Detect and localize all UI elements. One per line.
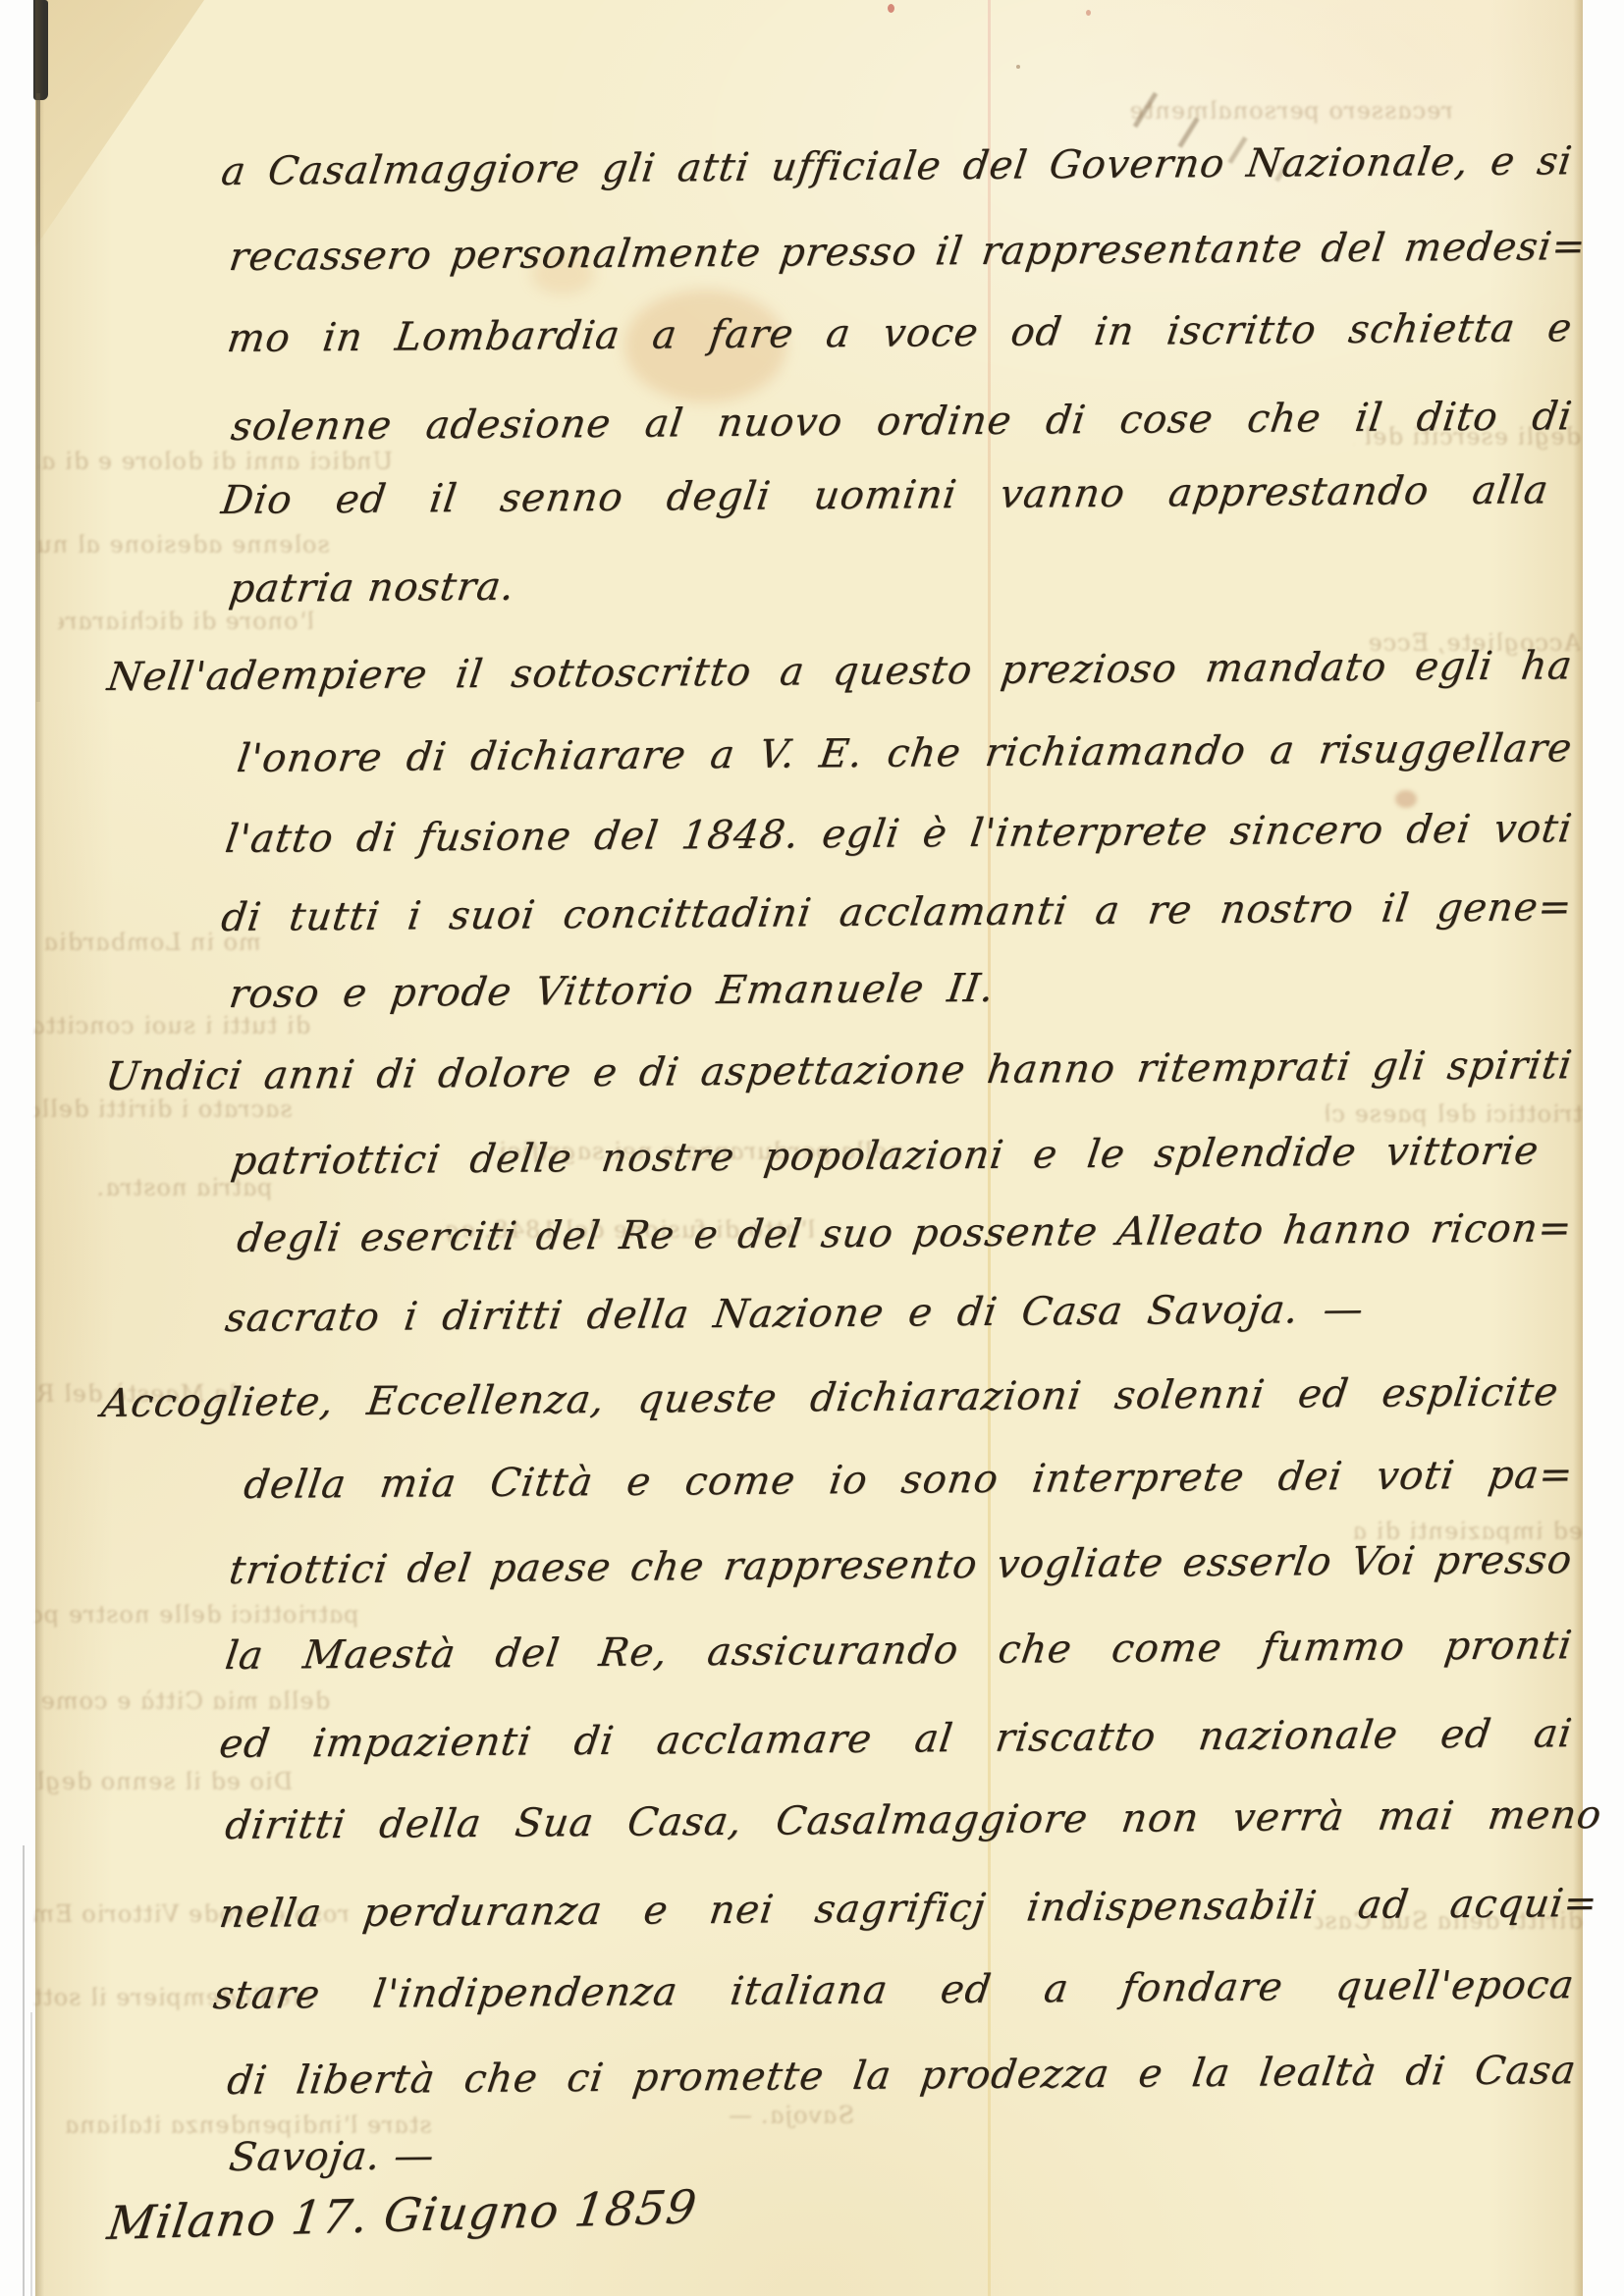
manuscript-line: diritti della Sua Casa, Casalmaggiore no…	[222, 1788, 1605, 1853]
manuscript-line: mo in Lombardia a fare a voce od in iscr…	[224, 300, 1576, 366]
manuscript-line: a Casalmaggiore gli atti ufficiale del G…	[218, 133, 1576, 199]
manuscript-line: patria nostra.	[226, 560, 518, 616]
manuscript-line: l'onore di dichiarare a V. E. che richia…	[234, 721, 1576, 786]
dateline: Milano 17. Giugno 1859	[104, 2180, 700, 2252]
manuscript-text-layer: a Casalmaggiore gli atti ufficiale del G…	[35, 0, 1583, 2296]
manuscript-line: Nell'adempiere il sottoscritto a questo …	[104, 638, 1576, 705]
manuscript-line: triottici del paese che rappresento vogl…	[226, 1532, 1576, 1598]
manuscript-line: solenne adesione al nuovo ordine di cose…	[228, 389, 1576, 454]
manuscript-line: la Maestà del Re, assicurando che come f…	[222, 1618, 1576, 1683]
scan-background: Undici anni di dolore e di aspettazione …	[0, 0, 1624, 2296]
manuscript-line: patriottici delle nostre popolazioni e l…	[228, 1124, 1543, 1189]
manuscript-line: Undici anni di dolore e di aspettazione …	[102, 1038, 1576, 1104]
manuscript-line: Savoja. —	[226, 2128, 438, 2185]
manuscript-line: roso e prode Vittorio Emanuele II.	[226, 961, 998, 1022]
manuscript-line: della mia Città e come io sono interpret…	[241, 1447, 1577, 1513]
manuscript-line: l'atto di fusione del 1848. egli è l'int…	[222, 801, 1576, 867]
manuscript-line: sacrato i diritti della Nazione e di Cas…	[222, 1282, 1368, 1346]
manuscript-line: ed impazienti di acclamare al riscatto n…	[216, 1706, 1576, 1772]
paper-sheet: Undici anni di dolore e di aspettazione …	[35, 0, 1583, 2296]
manuscript-line: stare l'indipendenza italiana ed a fonda…	[210, 1957, 1578, 2023]
manuscript-line: Accogliete, Eccellenza, queste dichiaraz…	[98, 1364, 1562, 1431]
manuscript-line: degli eserciti del Re e del suo possente…	[234, 1201, 1576, 1266]
manuscript-line: di libertà che ci promette la prodezza e…	[224, 2043, 1580, 2109]
manuscript-line: nella perduranza e nei sagrificj indispe…	[216, 1876, 1601, 1942]
manuscript-line: di tutti i suoi concittadini acclamanti …	[218, 880, 1576, 945]
manuscript-line: Dio ed il senno degli uomini vanno appre…	[218, 462, 1552, 528]
scan-edge-line	[23, 1845, 25, 2296]
scan-edge-line	[30, 2012, 32, 2296]
manuscript-line: recassero personalmente presso il rappre…	[226, 219, 1590, 285]
